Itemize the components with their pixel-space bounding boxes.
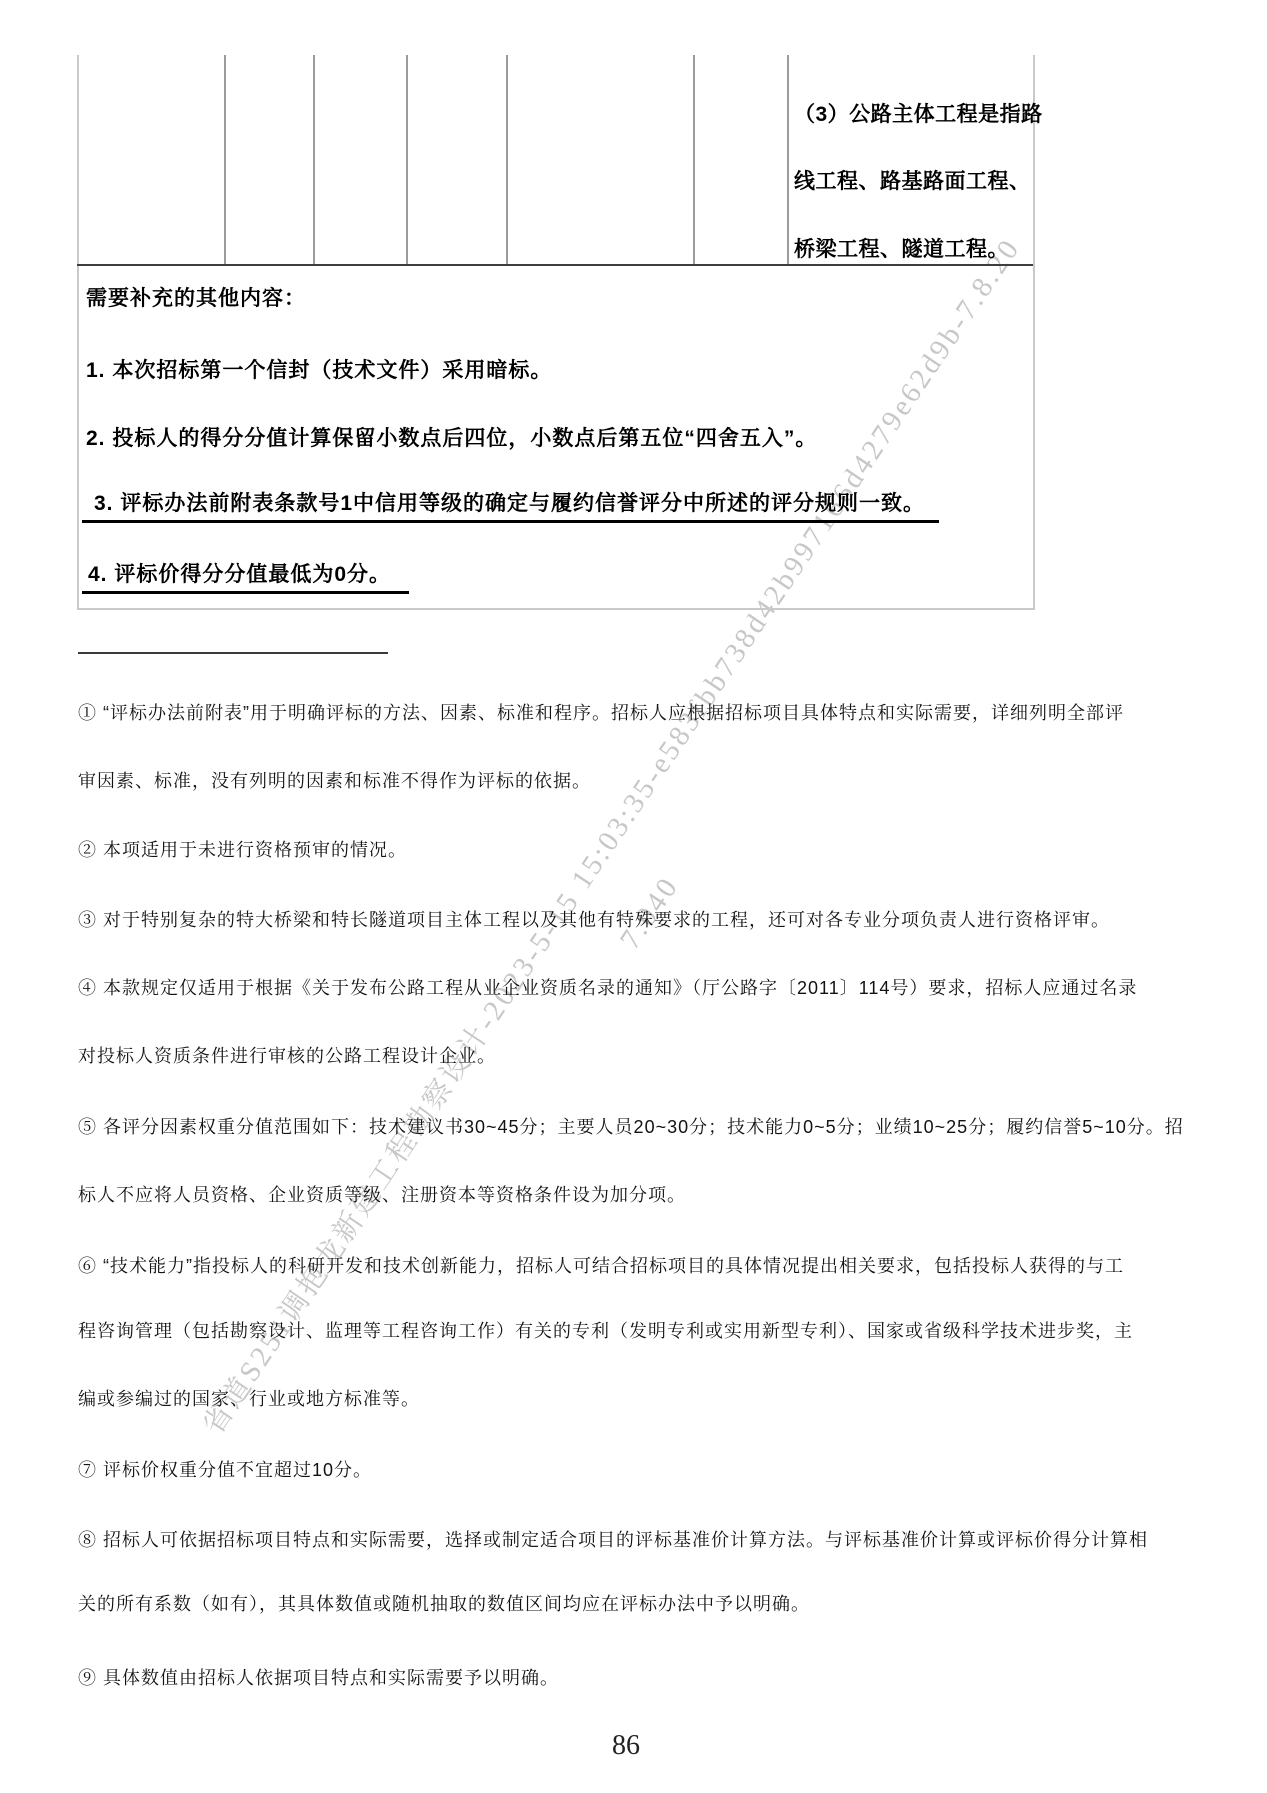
footnote-line: ① “评标办法前附表”用于明确评标的方法、因素、标准和程序。招标人应根据招标项目… — [78, 700, 1203, 726]
document-page: 省道S251调抱龙新建工程勘察设计-2023-5-15 15:03:35-e58… — [0, 0, 1267, 1793]
footnote-line: ④ 本款规定仅适用于根据《关于发布公路工程从业企业资质名录的通知》（厅公路字〔2… — [78, 975, 1203, 1001]
page-number: 86 — [0, 1730, 1252, 1762]
footnote-line: ⑥ “技术能力”指投标人的科研开发和技术创新能力，招标人可结合招标项目的具体情况… — [78, 1253, 1203, 1279]
table-column-divider — [787, 55, 789, 264]
supplement-item-3: 3. 评标办法前附表条款号1中信用等级的确定与履约信誉评分中所述的评分规则一致。 — [82, 489, 939, 518]
supplement-heading: 需要补充的其他内容： — [86, 284, 306, 313]
supplement-item-4-text: 4. 评标价得分分值最低为0分。 — [82, 563, 409, 594]
supplement-item-2: 2. 投标人的得分分值计算保留小数点后四位，小数点后第五位“四舍五入”。 — [86, 424, 817, 453]
footnote-line: 对投标人资质条件进行审核的公路工程设计企业。 — [78, 1043, 1203, 1069]
table-column-divider — [224, 55, 226, 264]
footnote-separator — [78, 652, 388, 654]
table-column-divider — [506, 55, 508, 264]
table-column-divider — [313, 55, 315, 264]
supplement-item-4: 4. 评标价得分分值最低为0分。 — [82, 560, 409, 589]
table-bottom-border — [77, 264, 1033, 266]
table-column-divider — [406, 55, 408, 264]
footnote-line: ⑨ 具体数值由招标人依据项目特点和实际需要予以明确。 — [78, 1665, 1203, 1691]
footnote-line: ② 本项适用于未进行资格预审的情况。 — [78, 837, 1203, 863]
footnote-line: 关的所有系数（如有），其具体数值或随机抽取的数值区间均应在评标办法中予以明确。 — [78, 1591, 1203, 1617]
table-note-cell-line: 桥梁工程、隧道工程。 — [794, 236, 1032, 263]
table-note-cell-line: 线工程、路基路面工程、 — [794, 168, 1032, 195]
footnote-line: 标人不应将人员资格、企业资质等级、注册资本等资格条件设为加分项。 — [78, 1182, 1203, 1208]
supplement-item-1: 1. 本次招标第一个信封（技术文件）采用暗标。 — [86, 356, 552, 385]
table-note-cell-line: （3）公路主体工程是指路 — [794, 101, 1032, 128]
footnote-line: 程咨询管理（包括勘察设计、监理等工程咨询工作）有关的专利（发明专利或实用新型专利… — [78, 1318, 1203, 1344]
footnote-line: 审因素、标准，没有列明的因素和标准不得作为评标的依据。 — [78, 768, 1203, 794]
table-column-divider — [693, 55, 695, 264]
footnote-line: 编或参编过的国家、行业或地方标准等。 — [78, 1386, 1203, 1412]
supplement-item-3-text: 3. 评标办法前附表条款号1中信用等级的确定与履约信誉评分中所述的评分规则一致。 — [82, 492, 939, 523]
footnote-line: ③ 对于特别复杂的特大桥梁和特长隧道项目主体工程以及其他有特殊要求的工程，还可对… — [78, 907, 1203, 933]
footnote-line: ⑤ 各评分因素权重分值范围如下：技术建议书30~45分；主要人员20~30分；技… — [78, 1114, 1203, 1140]
footnote-line: ⑧ 招标人可依据招标项目特点和实际需要，选择或制定适合项目的评标基准价计算方法。… — [78, 1527, 1203, 1553]
footnote-line: ⑦ 评标价权重分值不宜超过10分。 — [78, 1457, 1203, 1483]
evaluation-table-box — [77, 55, 1035, 610]
